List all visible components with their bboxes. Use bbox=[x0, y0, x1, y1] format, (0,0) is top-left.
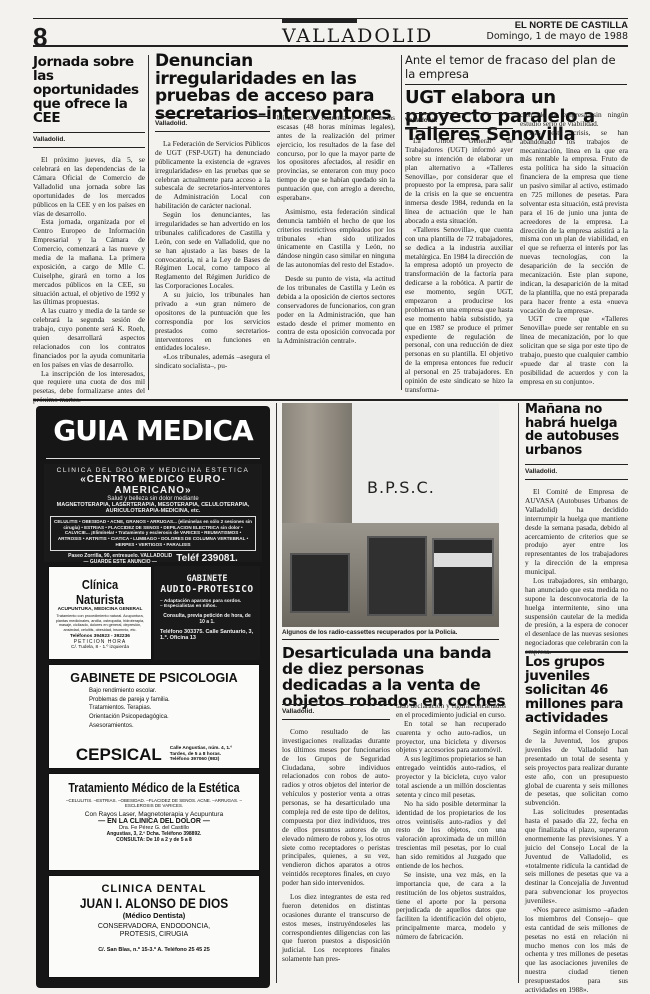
article-body: El próximo jueves, día 5, se celebrará e… bbox=[33, 156, 145, 405]
column-rule bbox=[518, 403, 519, 983]
top-rule bbox=[33, 18, 628, 19]
column-rule bbox=[148, 55, 149, 390]
article-body-col1: La Unión General de Trabajadores (UGT) i… bbox=[405, 137, 513, 395]
ad-gabinete-psicologia: GABINETE DE PSICOLOGIA Bajo rendimiento … bbox=[48, 664, 260, 747]
article-huelga: Mañana no habrá huelga de autobuses urba… bbox=[525, 403, 628, 657]
column-rule bbox=[276, 403, 277, 983]
dateline: Valladolid. bbox=[282, 704, 390, 715]
dateline: Valladolid. bbox=[155, 116, 270, 127]
photo-caption: Algunos de los radio-cassettes recuperad… bbox=[282, 629, 499, 636]
ad-cepsical: CEPSICAL Calle Angustias, núm. 4, 1.º Ta… bbox=[48, 741, 260, 769]
article-body-col1: Como resultado de las investigaciones re… bbox=[282, 728, 390, 964]
masthead-rule bbox=[33, 45, 628, 47]
photo-sign: B.P.S.C. bbox=[367, 478, 435, 497]
ad-centro-medico: CLINICA DEL DOLOR Y MEDICINA ESTETICA «C… bbox=[44, 464, 262, 562]
ad-audio-protesico: GABINETE AUDIO-PROTESICO – Adaptación ap… bbox=[154, 566, 260, 660]
dateline: Valladolid. bbox=[33, 132, 145, 143]
article-body-col1: La Federación de Servicios Públicos de U… bbox=[155, 140, 270, 371]
phone: Teléf 239081. bbox=[176, 553, 238, 564]
ad-clinica-dental: CLINICA DENTAL JUAN I. ALONSO DE DIOS (M… bbox=[48, 875, 260, 978]
headline: Los grupos juveniles solicitan 46 millon… bbox=[525, 655, 628, 725]
article-body-col2: blicaron con cuarenta y ocho horas escas… bbox=[277, 114, 395, 346]
dateline: Valladolid. bbox=[525, 464, 628, 475]
cepsical-brand: CEPSICAL bbox=[76, 745, 162, 765]
page-number: 8 bbox=[33, 22, 47, 53]
article-juveniles: Los grupos juveniles solicitan 46 millon… bbox=[525, 655, 628, 994]
headline: Mañana no habrá huelga de autobuses urba… bbox=[525, 403, 628, 457]
article-body-col2: tado declaración y figuran encartados en… bbox=[396, 702, 506, 942]
article-cee: Jornada sobre las oportunidades que ofre… bbox=[33, 55, 145, 405]
photo-radio-cassettes: B.P.S.C. bbox=[282, 403, 499, 627]
article-banda-headline: Desarticulada una banda de diez personas… bbox=[282, 645, 507, 709]
column-rule bbox=[401, 55, 402, 390]
issue-date: Domingo, 1 de mayo de 1988 bbox=[487, 31, 628, 42]
article-body: El Comité de Empresa de AUVASA (Autobuse… bbox=[525, 488, 628, 657]
dateline: Valladolid. bbox=[405, 113, 513, 124]
guia-medica-title: GUIA MEDICA bbox=[36, 414, 270, 447]
newspaper-name: EL NORTE DE CASTILLA bbox=[515, 20, 628, 31]
section-title: VALLADOLID bbox=[282, 25, 433, 47]
ad-tratamiento-estetica: Tratamiento Médico de la Estética –CELUL… bbox=[48, 773, 260, 871]
article-body-col2: ción de la empresa sin ningún estudio se… bbox=[520, 111, 628, 387]
article-body: Según informa el Consejo Local de la Juv… bbox=[525, 728, 628, 994]
headline: Jornada sobre las oportunidades que ofre… bbox=[33, 55, 145, 125]
kicker: Ante el temor de fracaso del plan de la … bbox=[405, 53, 627, 81]
section-rule bbox=[33, 399, 628, 401]
medical-guide-ad: GUIA MEDICA CLINICA DEL DOLOR Y MEDICINA… bbox=[36, 406, 270, 988]
ad-clinica-naturista: Clínica Naturista ACUPUNTURA, MEDICINA G… bbox=[48, 566, 152, 660]
